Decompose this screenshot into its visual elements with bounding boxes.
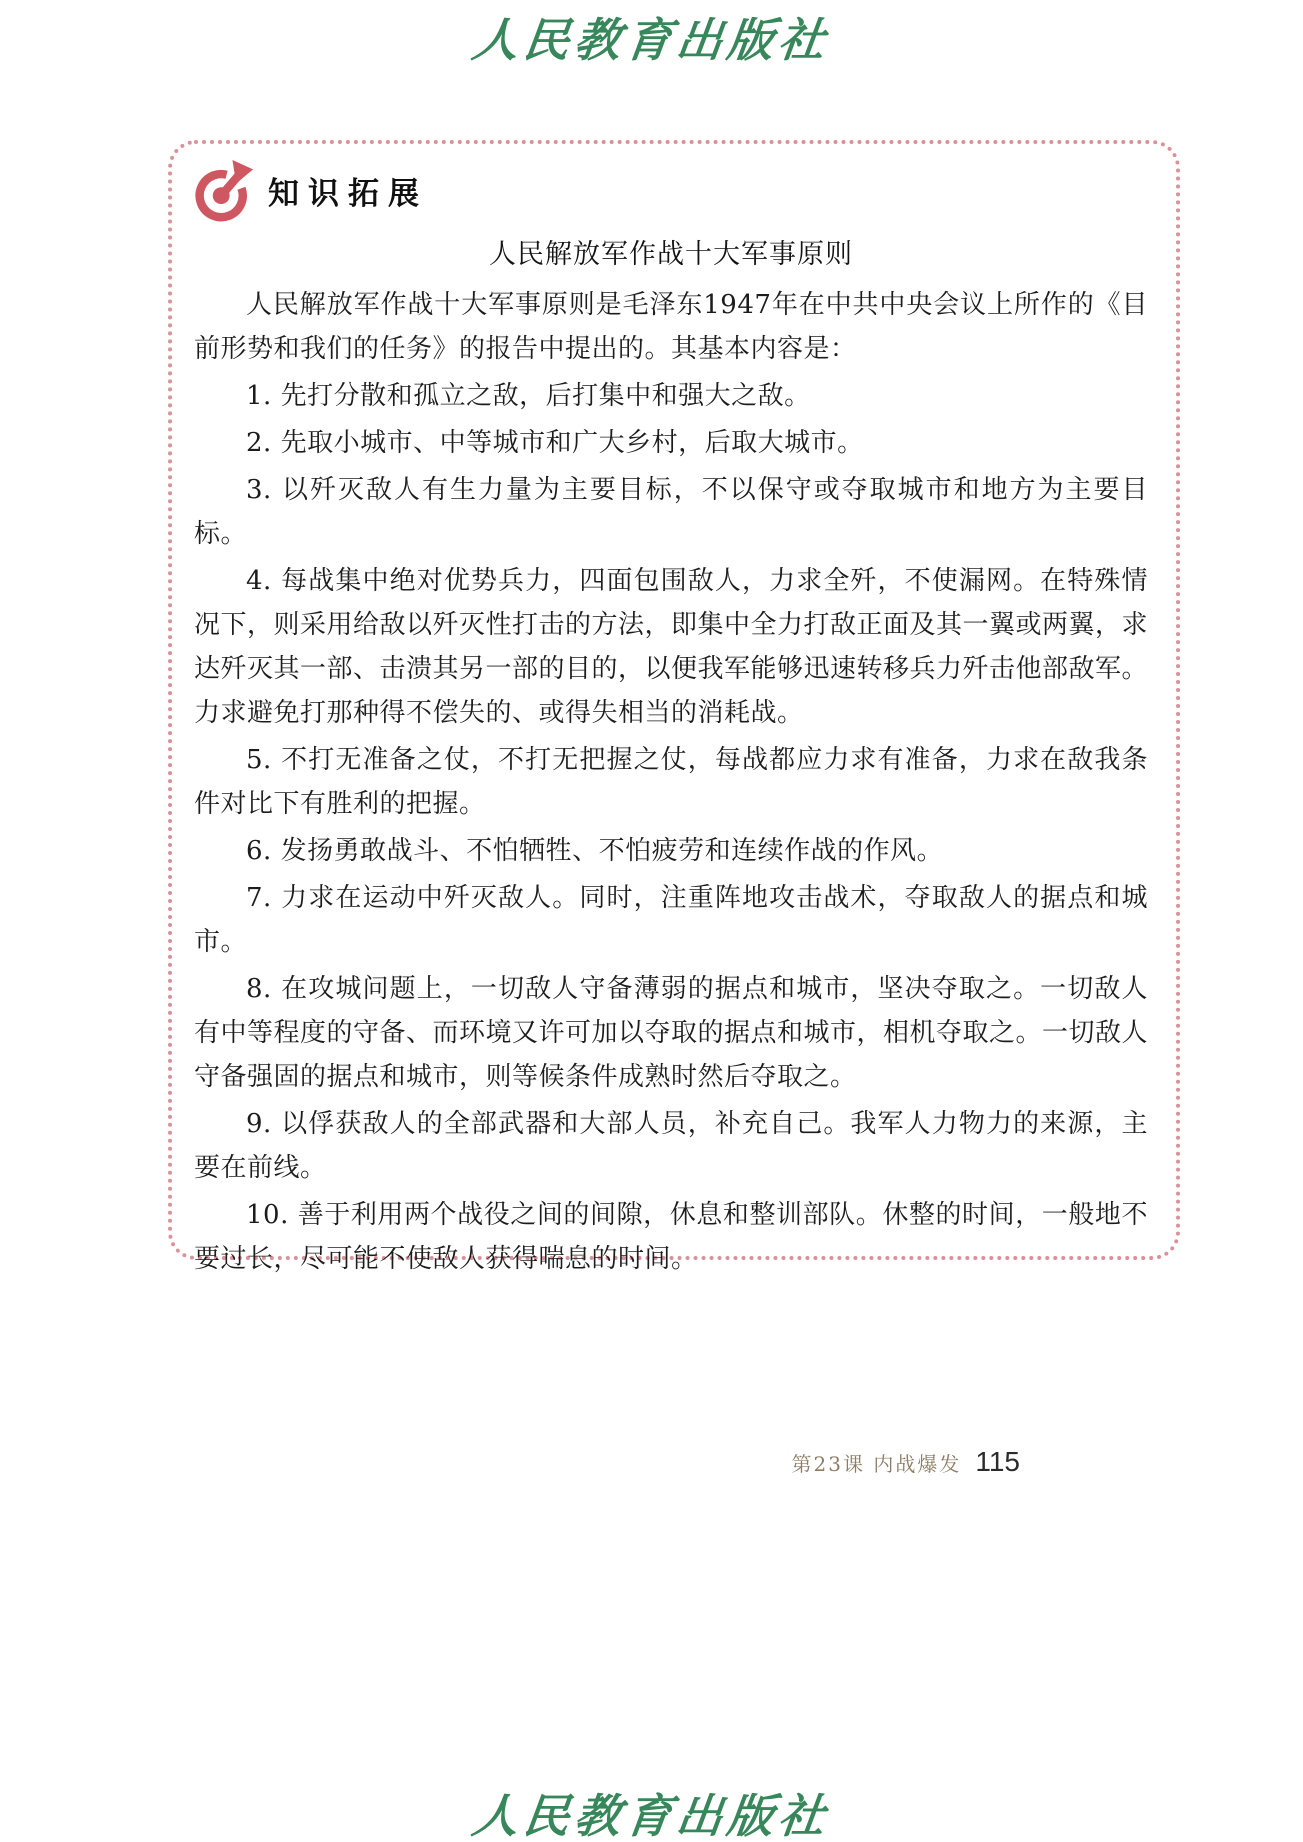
textbook-page: 人民教育出版社 知识拓展 人民解放军作战十大军事原则 人民解放军作战十大军事原则… [0, 0, 1303, 1842]
page-number: 115 [975, 1446, 1020, 1478]
article-title: 人民解放军作战十大军事原则 [194, 232, 1148, 271]
principle-item: 2. 先取小城市、中等城市和广大乡村，后取大城市。 [194, 421, 1148, 465]
page-footer: 第23课 内战爆发 115 [792, 1446, 1020, 1478]
principle-item: 3. 以歼灭敌人有生力量为主要目标，不以保守或夺取城市和地方为主要目标。 [194, 468, 1148, 556]
knowledge-box-header: 知识拓展 [194, 156, 1148, 224]
principle-item: 7. 力求在运动中歼灭敌人。同时，注重阵地攻击战术，夺取敌人的据点和城市。 [194, 876, 1148, 964]
circular-arrow-icon [194, 158, 254, 222]
lesson-label: 第23课 内战爆发 [792, 1448, 962, 1477]
principle-item: 8. 在攻城问题上，一切敌人守备薄弱的据点和城市，坚决夺取之。一切敌人有中等程度… [194, 967, 1148, 1099]
principle-item: 5. 不打无准备之仗，不打无把握之仗，每战都应力求有准备，力求在敌我条件对比下有… [194, 738, 1148, 826]
principle-item: 10. 善于利用两个战役之间的间隙，休息和整训部队。休整的时间，一般地不要过长，… [194, 1193, 1148, 1281]
top-publisher-logo: 人民教育出版社 [0, 4, 1303, 70]
principle-item: 1. 先打分散和孤立之敌，后打集中和强大之敌。 [194, 374, 1148, 418]
principle-item: 4. 每战集中绝对优势兵力，四面包围敌人，力求全歼，不使漏网。在特殊情况下，则采… [194, 559, 1148, 735]
publisher-logo-text: 人民教育出版社 [469, 1780, 834, 1842]
knowledge-expansion-box: 知识拓展 人民解放军作战十大军事原则 人民解放军作战十大军事原则是毛泽东1947… [168, 140, 1180, 1260]
principle-item: 9. 以俘获敌人的全部武器和大部人员，补充自己。我军人力物力的来源，主要在前线。 [194, 1102, 1148, 1190]
article-body: 人民解放军作战十大军事原则是毛泽东1947年在中共中央会议上所作的《目前形势和我… [194, 283, 1148, 1281]
knowledge-box-heading: 知识拓展 [268, 168, 428, 213]
publisher-logo-text: 人民教育出版社 [469, 4, 834, 70]
bottom-publisher-logo: 人民教育出版社 [0, 1780, 1303, 1842]
principle-item: 6. 发扬勇敢战斗、不怕牺牲、不怕疲劳和连续作战的作风。 [194, 829, 1148, 873]
article-intro: 人民解放军作战十大军事原则是毛泽东1947年在中共中央会议上所作的《目前形势和我… [194, 283, 1148, 371]
